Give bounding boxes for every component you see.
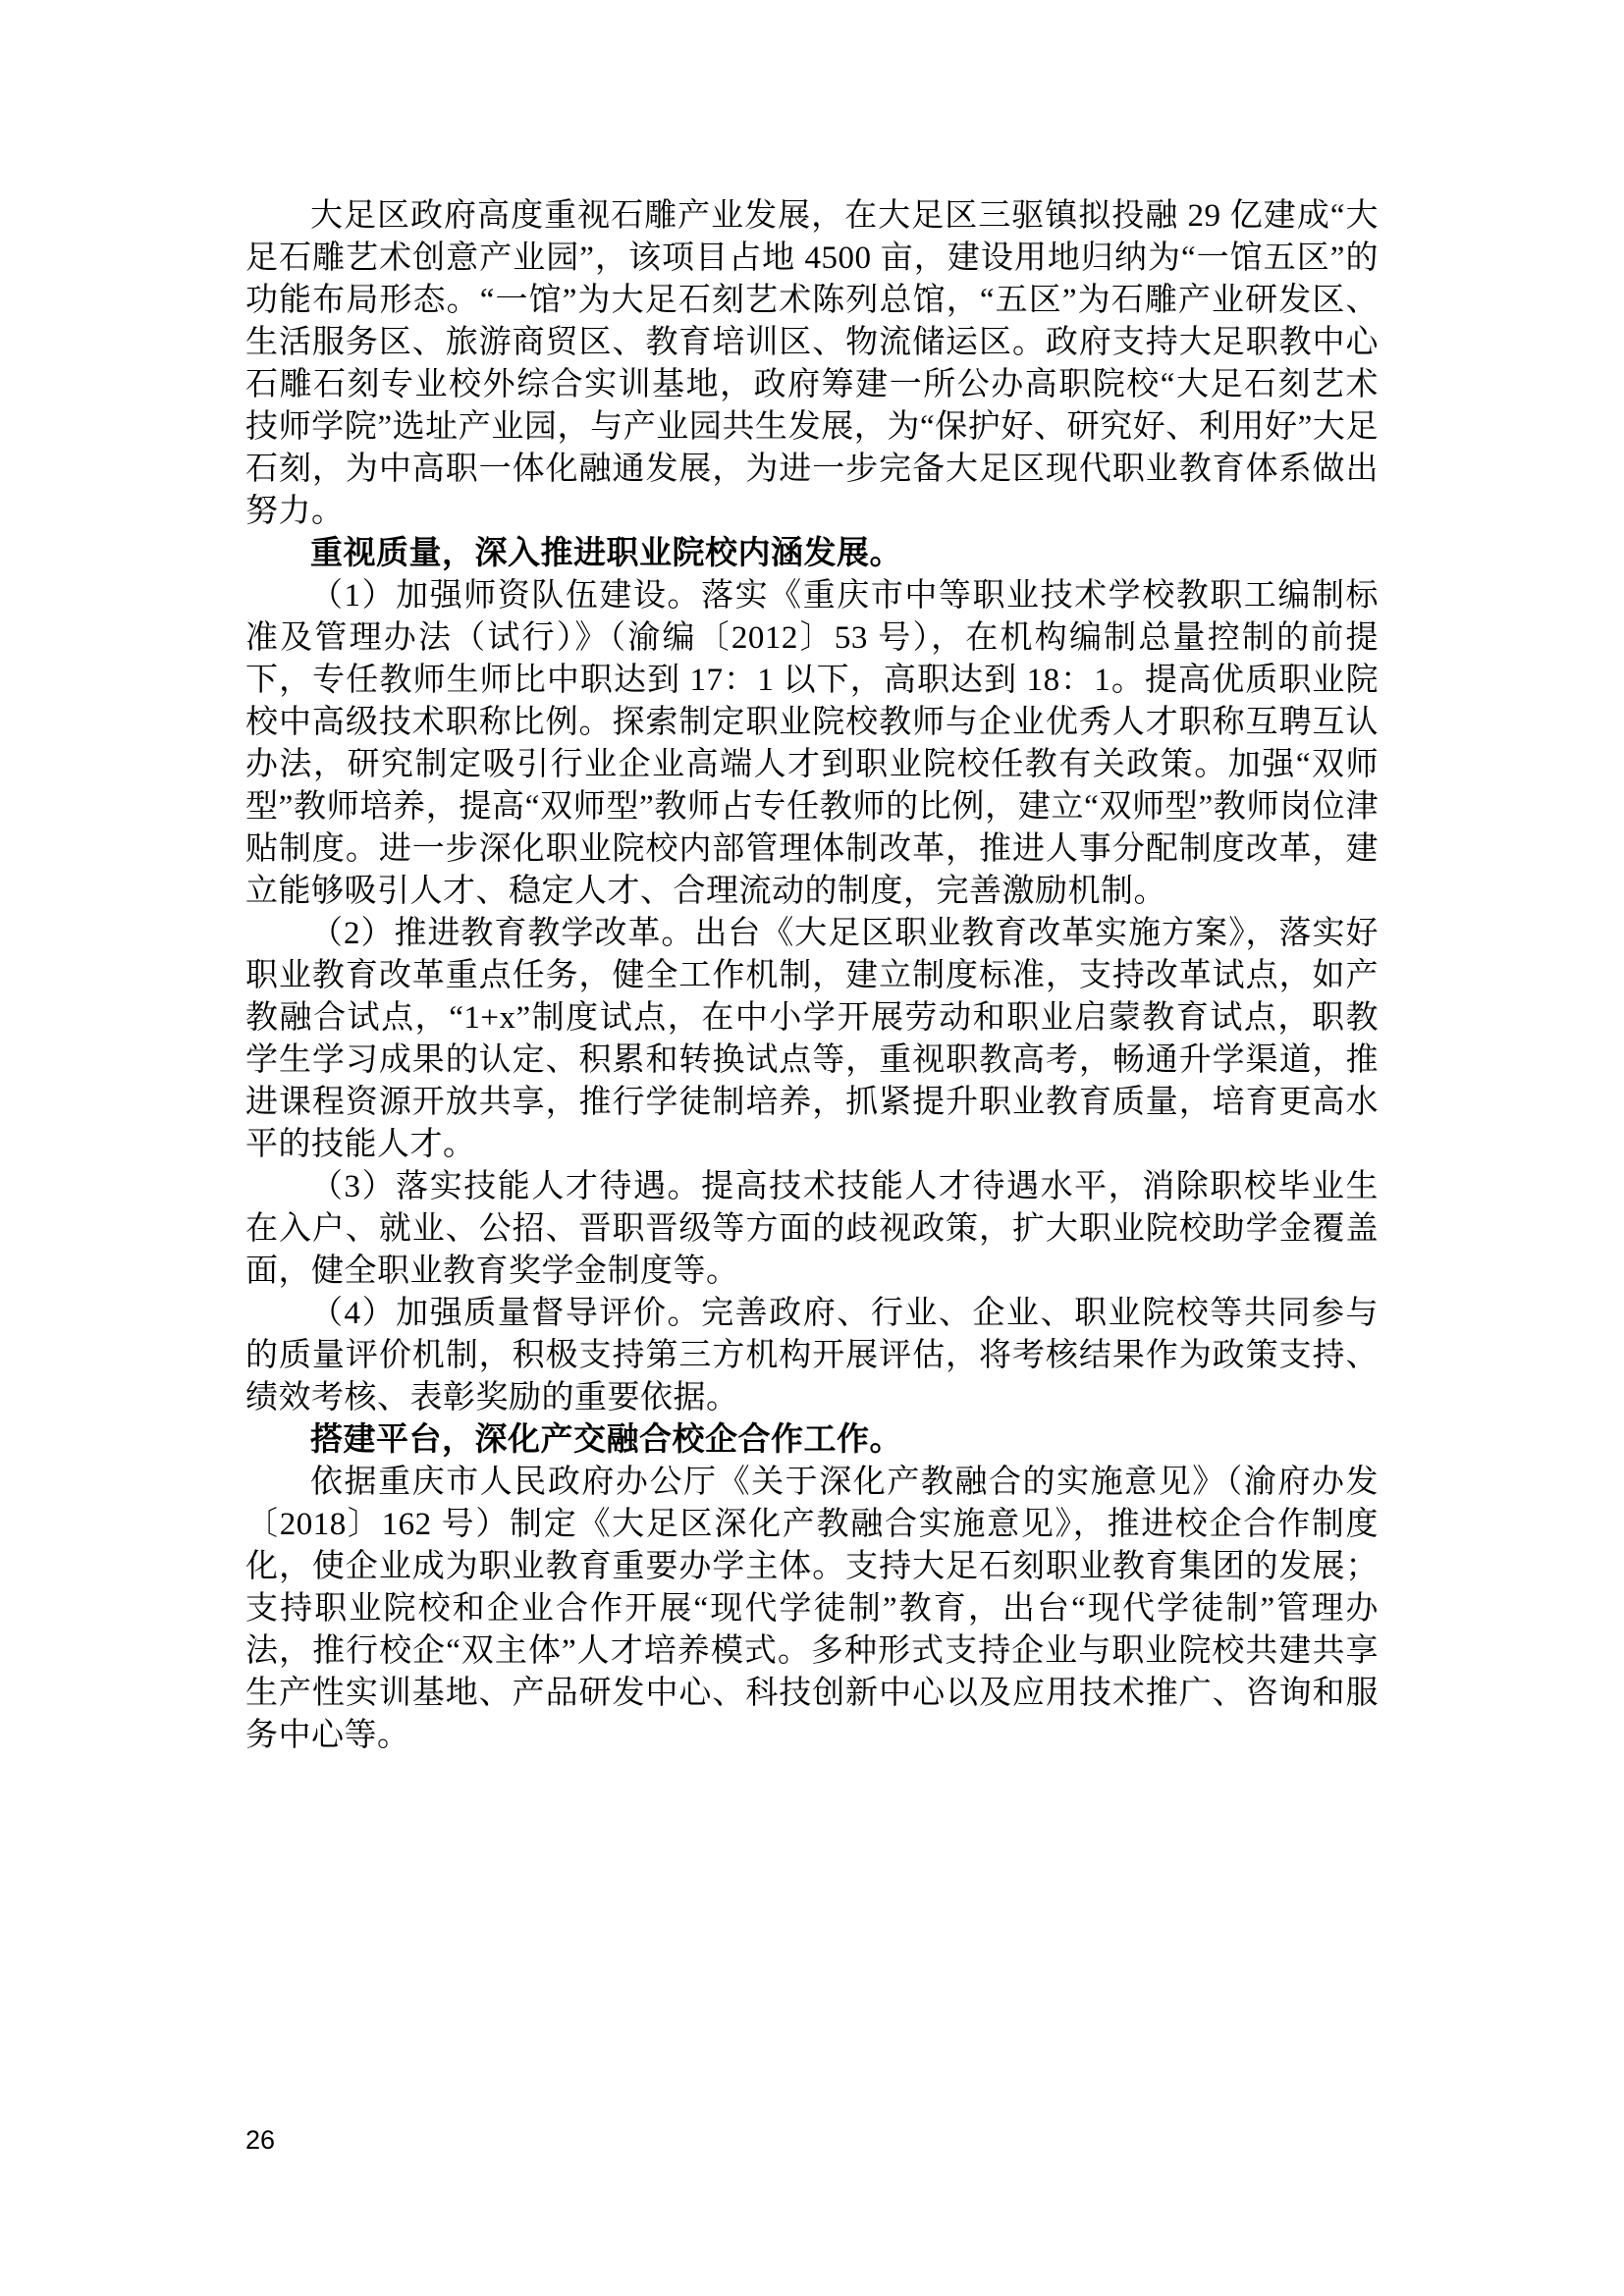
document-body: 大足区政府高度重视石雕产业发展，在大足区三驱镇拟投融 29 亿建成“大足石雕艺术… (245, 195, 1379, 1757)
paragraph-4-quality-evaluation: （4）加强质量督导评价。完善政府、行业、企业、职业院校等共同参与的质量评价机制，… (245, 1293, 1379, 1419)
section-heading-quality: 重视质量，深入推进职业院校内涵发展。 (245, 533, 1379, 575)
paragraph-2-education-reform: （2）推进教育教学改革。出台《大足区职业教育改革实施方案》，落实好职业教育改革重… (245, 913, 1379, 1166)
paragraph-1-teacher-development: （1）加强师资队伍建设。落实《重庆市中等职业技术学校教职工编制标准及管理办法（试… (245, 575, 1379, 913)
page-number: 26 (245, 2125, 275, 2156)
section-heading-platform: 搭建平台，深化产交融合校企合作工作。 (245, 1419, 1379, 1462)
paragraph-school-enterprise-cooperation: 依据重庆市人民政府办公厅《关于深化产教融合的实施意见》（渝府办发〔2018〕16… (245, 1462, 1379, 1757)
document-page: 大足区政府高度重视石雕产业发展，在大足区三驱镇拟投融 29 亿建成“大足石雕艺术… (0, 0, 1624, 2296)
paragraph-3-talent-treatment: （3）落实技能人才待遇。提高技术技能人才待遇水平，消除职校毕业生在入户、就业、公… (245, 1166, 1379, 1293)
paragraph-stone-industry-intro: 大足区政府高度重视石雕产业发展，在大足区三驱镇拟投融 29 亿建成“大足石雕艺术… (245, 195, 1379, 533)
